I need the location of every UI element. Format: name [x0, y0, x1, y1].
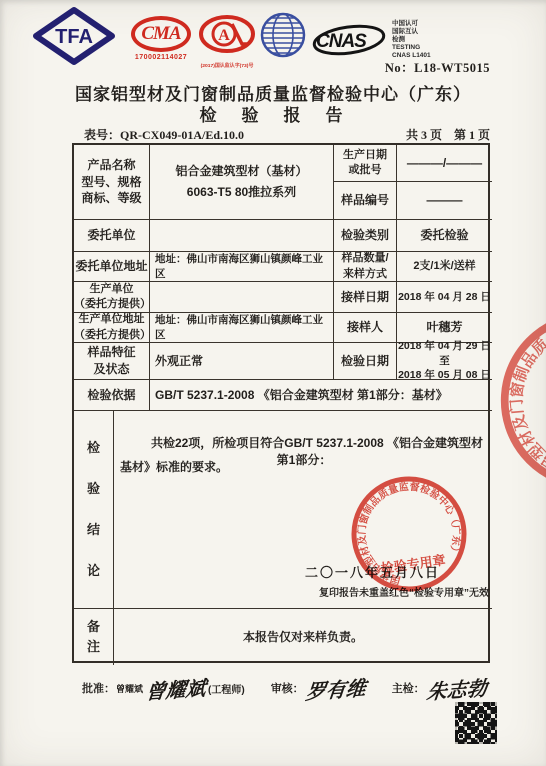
conclusion-label: 检 验 结 论	[74, 411, 114, 609]
report-page: TFA CMA 170002114027 A (2017)国认监认字(73)号	[0, 0, 546, 766]
insp-type-label: 检验类别	[334, 220, 397, 252]
inspection-stamp: 国家铝型材及门窗制品质量监督检验中心（广东） 检验专用章	[341, 466, 477, 602]
qty-value: 2支/1米/送样	[397, 252, 492, 282]
label-line: 及状态	[74, 361, 149, 378]
label-char: 注	[87, 638, 100, 656]
label-line: 生产日期	[334, 148, 396, 163]
label-line: 生产单位地址	[74, 312, 149, 327]
approve-label: 批准：	[82, 680, 115, 696]
label-char: 验	[87, 480, 100, 498]
accr-line: 国际互认	[392, 28, 454, 36]
prod-date-label: 生产日期 或批号	[334, 145, 397, 182]
label-line: 产品名称	[74, 157, 149, 174]
insp-type-value: 委托检验	[397, 220, 492, 252]
label-line: 生产单位	[74, 282, 149, 297]
value-line: 6063-T5 80推拉系列	[150, 184, 333, 201]
cal-logo: A (2017)国认监认字(73)号	[196, 14, 258, 69]
insp-date-label: 检验日期	[334, 343, 397, 380]
label-char: 备	[87, 618, 100, 636]
receiver-label: 接样人	[334, 313, 397, 343]
globe-logo	[260, 12, 306, 58]
recv-date-value: 2018 年 04 月 28 日	[397, 282, 492, 313]
form-number: 表号：QR-CX049-01A/Ed.10.0	[84, 126, 244, 143]
recv-date-label: 接样日期	[334, 282, 397, 313]
accr-line: TESTING	[392, 44, 454, 52]
basis-label: 检验依据	[74, 380, 150, 411]
qty-label: 样品数量/ 来样方式	[334, 252, 397, 282]
svg-text:国家铝型材及门窗制品质量监督检验中心（广东）: 国家铝型材及门窗制品质量监督检验中心（广东）	[348, 473, 470, 592]
label-line: 样品数量/	[334, 251, 396, 266]
stamp-center-text: 检验专用章	[380, 552, 446, 576]
producer-label: 生产单位 （委托方提供）	[74, 282, 150, 313]
label-line: 型号、规格	[74, 174, 149, 191]
accreditation-text: 中国认可 国际互认 检测 TESTING CNAS L1401	[392, 20, 454, 60]
prod-date-value: ———/———	[397, 145, 492, 182]
label-line: 来样方式	[334, 267, 396, 282]
cma-logo: CMA 170002114027	[128, 16, 194, 61]
report-number-label: No：	[385, 61, 414, 75]
accr-line: 检测	[392, 36, 454, 44]
cal-caption: (2017)国认监认字(73)号	[199, 61, 255, 68]
report-number: No：L18-WT5015	[385, 58, 490, 76]
producer-addr-value: 地址：佛山市南海区狮山镇颜峰工业区	[150, 313, 334, 343]
chief-signature: 朱志勃	[425, 671, 488, 704]
product-name-value: 铝合金建筑型材（基材） 6063-T5 80推拉系列	[150, 145, 334, 220]
approve-printed-name: 曾耀斌	[116, 682, 143, 695]
value-line: 铝合金建筑型材（基材）	[150, 163, 333, 180]
approve-signature: 曾耀斌	[145, 671, 208, 704]
client-label: 委托单位	[74, 220, 150, 252]
review-signature: 罗有维	[304, 671, 367, 704]
client-addr-label: 委托单位地址	[74, 252, 150, 282]
basis-value: GB/T 5237.1-2008 《铝合金建筑型材 第1部分：基材》	[150, 380, 492, 411]
label-char: 检	[87, 439, 100, 457]
accr-line: 中国认可	[392, 20, 454, 28]
conclusion-text: 基材》标准的要求。	[120, 459, 228, 476]
approve-title: (工程师)	[208, 681, 245, 696]
label-line: 或批号	[334, 163, 396, 178]
review-label: 审核：	[271, 680, 304, 696]
label-line: （委托方提供）	[74, 328, 149, 343]
cma-label: CMA	[131, 16, 191, 52]
producer-value	[150, 282, 334, 313]
qr-code	[455, 702, 497, 744]
client-value	[150, 220, 334, 252]
label-line: 样品特征	[74, 344, 149, 361]
cal-letter: A	[218, 27, 230, 44]
cnas-label: CNAS	[316, 31, 366, 53]
client-addr-value: 地址：佛山市南海区狮山镇颜峰工业区	[150, 252, 334, 282]
label-line: 商标、等级	[74, 190, 149, 207]
cma-number: 170002114027	[128, 54, 194, 61]
label-line: （委托方提供）	[74, 297, 149, 312]
remark-value: 本报告仅对来样负责。	[114, 609, 492, 665]
page-count: 共 3 页 第 1 页	[406, 126, 490, 143]
label-char: 论	[87, 562, 100, 580]
tfa-label: TFA	[55, 26, 93, 48]
label-char: 结	[87, 521, 100, 539]
feature-label: 样品特征 及状态	[74, 343, 150, 380]
report-number-value: L18-WT5015	[414, 61, 490, 75]
sample-no-label: 样品编号	[334, 182, 397, 220]
sample-no-value: ———	[397, 182, 492, 220]
chief-label: 主检：	[392, 680, 425, 696]
stamp-ring-text: 国家铝型材及门窗制品质量监督检验中心（广东）	[348, 473, 470, 592]
cal-mark-icon: A	[198, 14, 256, 54]
remark-label: 备 注	[74, 609, 114, 665]
page-subtitle: 检 验 报 告	[0, 101, 546, 126]
product-name-label: 产品名称 型号、规格 商标、等级	[74, 145, 150, 220]
signature-row: 批准： 曾耀斌 曾耀斌 (工程师) 审核： 罗有维 主检： 朱志勃	[82, 668, 502, 708]
tfa-logo: TFA	[32, 6, 116, 66]
feature-value: 外观正常	[150, 343, 334, 380]
producer-addr-label: 生产单位地址 （委托方提供）	[74, 313, 150, 343]
